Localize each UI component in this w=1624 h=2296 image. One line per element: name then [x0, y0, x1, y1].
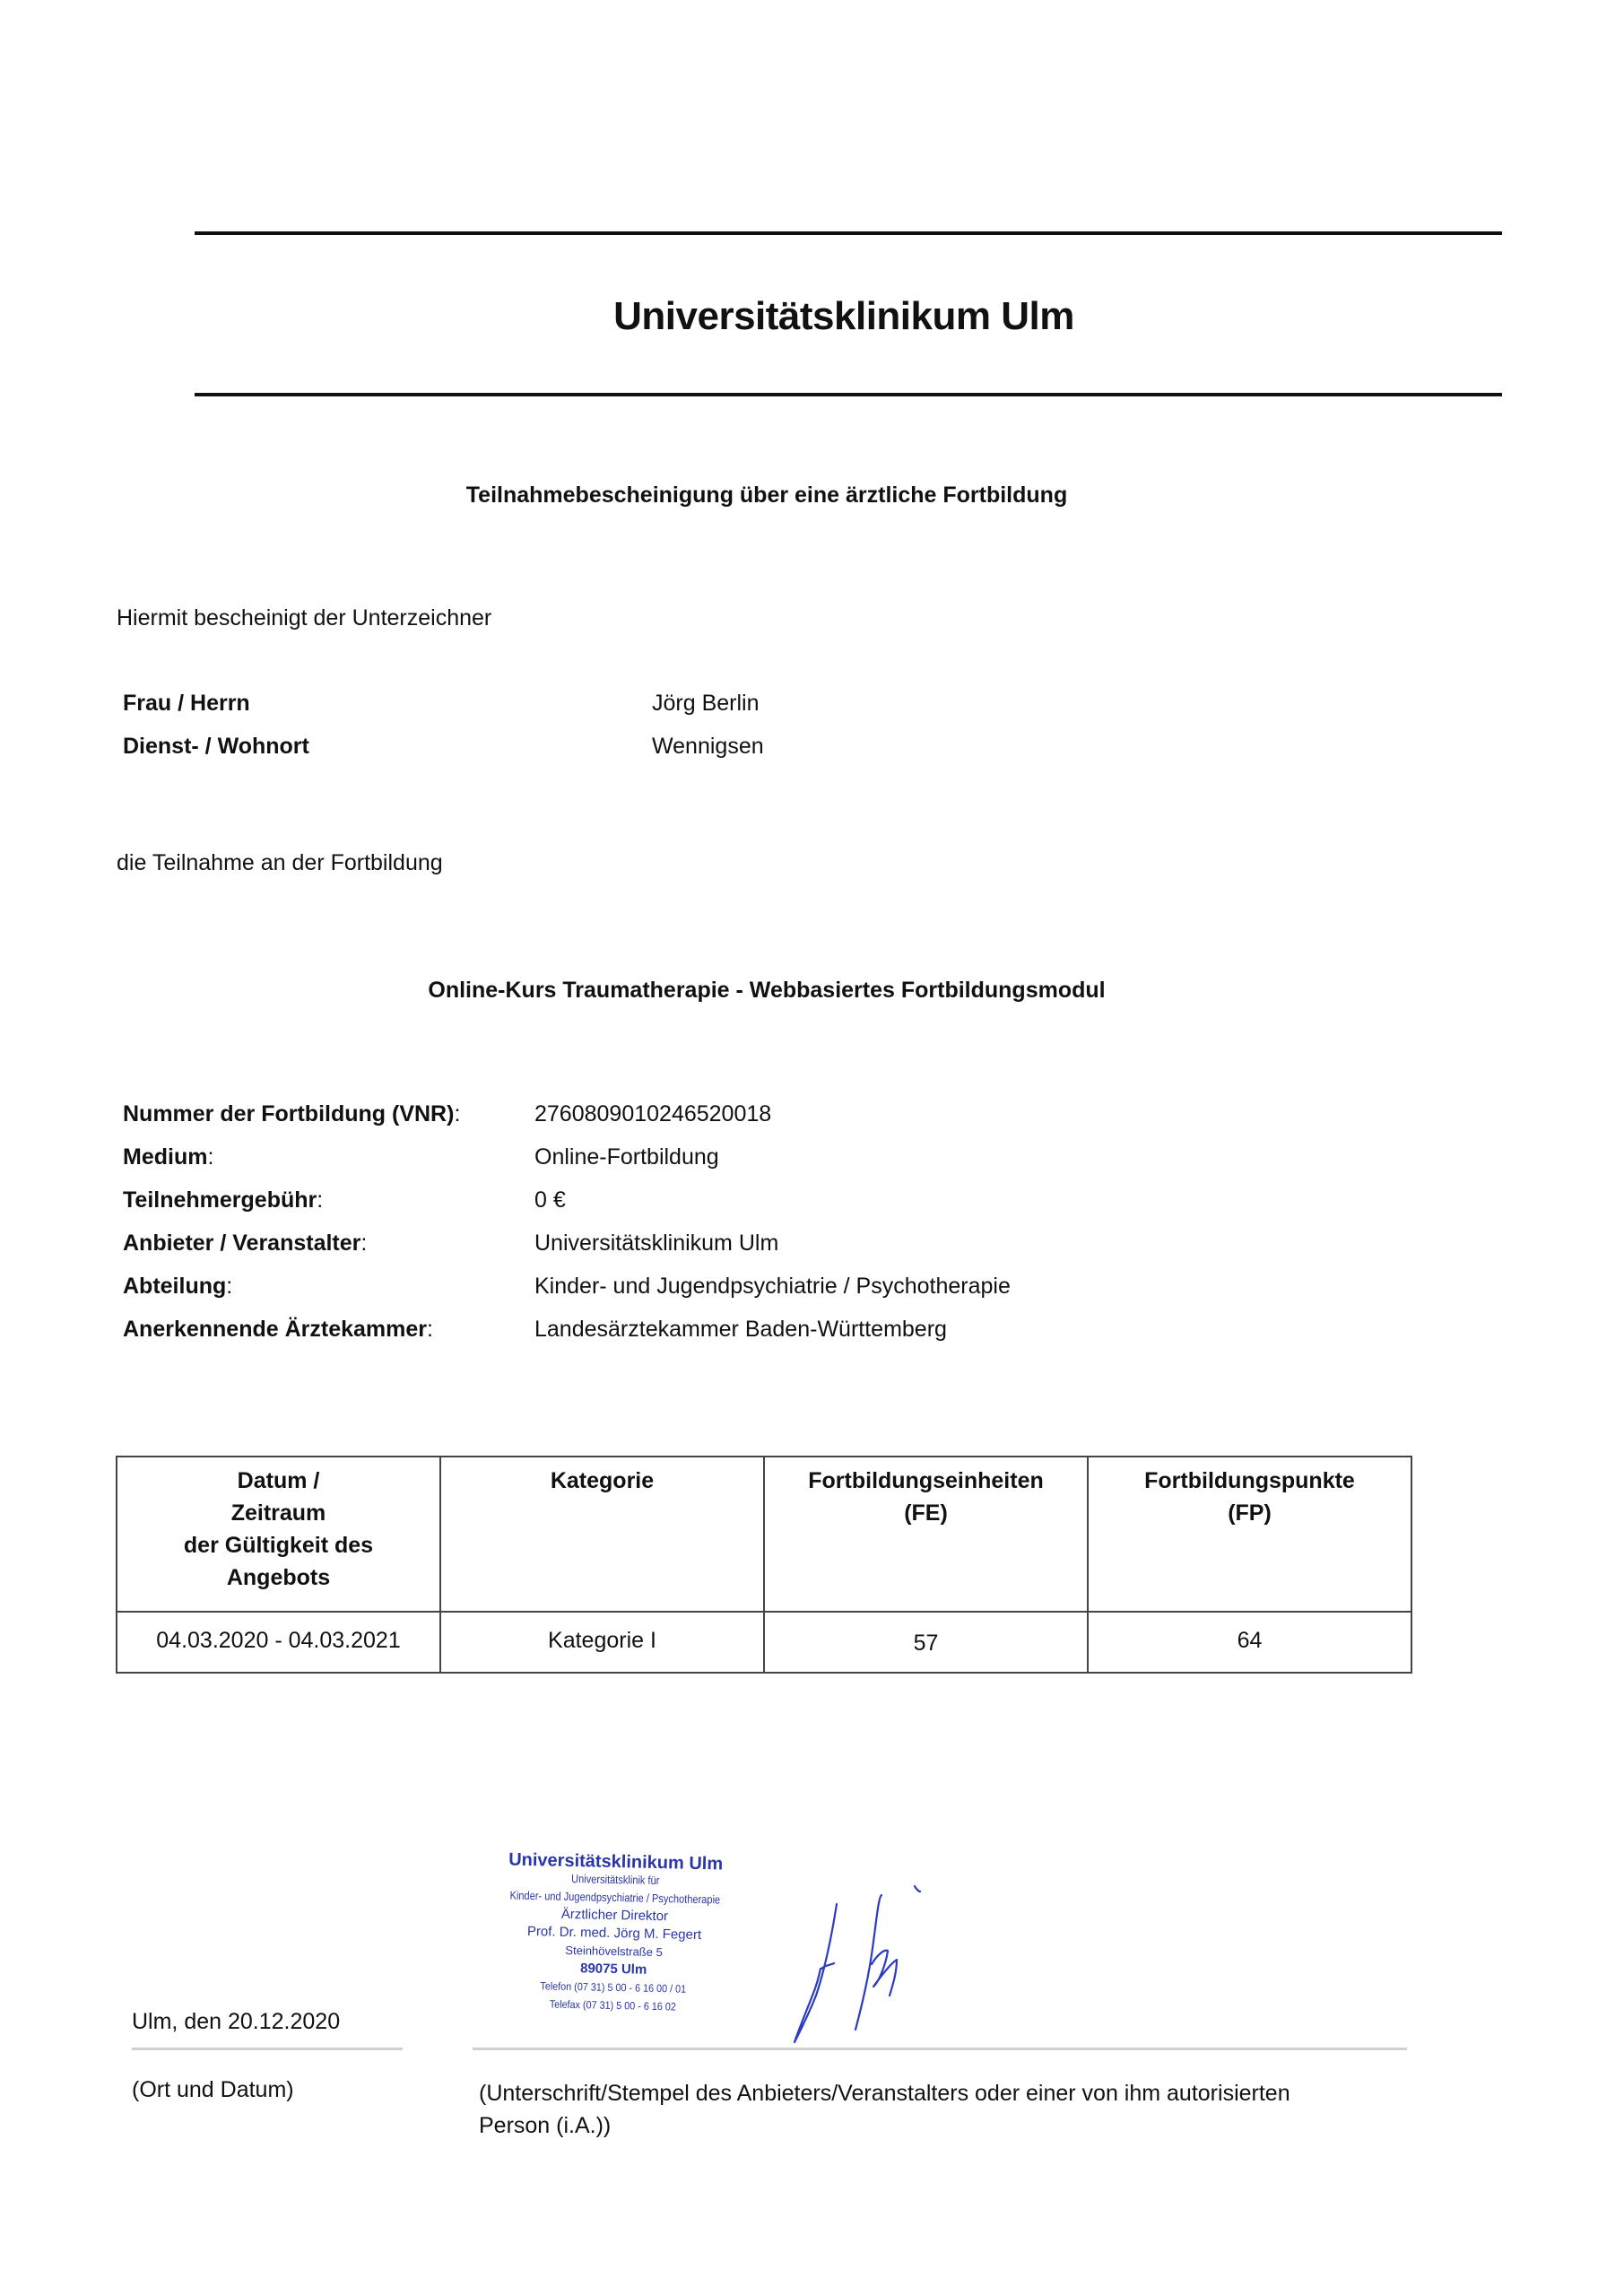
- location-label: Dienst- / Wohnort: [123, 734, 309, 760]
- signature-line: [473, 2048, 1407, 2050]
- detail-row: Medium:: [123, 1144, 213, 1170]
- handwritten-signature: [780, 1879, 933, 2045]
- detail-label: Nummer der Fortbildung (VNR): [123, 1101, 454, 1126]
- top-rule: [195, 231, 1502, 235]
- detail-row: Abteilung:: [123, 1274, 232, 1300]
- detail-row: Nummer der Fortbildung (VNR):: [123, 1101, 460, 1127]
- detail-label: Anbieter / Veranstalter: [123, 1231, 360, 1256]
- place-date-caption: (Ort und Datum): [132, 2077, 294, 2103]
- cell-category: Kategorie I: [440, 1612, 764, 1673]
- detail-label: Abteilung: [123, 1274, 226, 1299]
- chamber-value: Landesärztekammer Baden-Württemberg: [534, 1317, 947, 1343]
- signature-caption: (Unterschrift/Stempel des Anbieters/Vera…: [479, 2077, 1290, 2142]
- name-label: Frau / Herrn: [123, 691, 250, 717]
- cell-date-range: 04.03.2020 - 04.03.2021: [117, 1612, 440, 1673]
- participation-text: die Teilnahme an der Fortbildung: [117, 850, 443, 876]
- place-date: Ulm, den 20.12.2020: [132, 2009, 340, 2035]
- table-header-row: Datum / Zeitraum der Gültigkeit des Ange…: [117, 1457, 1411, 1612]
- header-fe: Fortbildungseinheiten (FE): [764, 1457, 1088, 1612]
- department-value: Kinder- und Jugendpsychiatrie / Psychoth…: [534, 1274, 1011, 1300]
- bottom-rule: [195, 393, 1502, 396]
- name-value: Jörg Berlin: [652, 691, 760, 717]
- cell-fp: 64: [1088, 1612, 1411, 1673]
- provider-value: Universitätsklinikum Ulm: [534, 1231, 778, 1257]
- provider-stamp: Universitätsklinikum Ulm Universitätskli…: [478, 1850, 751, 2017]
- header-category: Kategorie: [440, 1457, 764, 1612]
- document-title: Teilnahmebescheinigung über eine ärztlic…: [0, 483, 1533, 509]
- header-fp: Fortbildungspunkte (FP): [1088, 1457, 1411, 1612]
- detail-row: Anerkennende Ärztekammer:: [123, 1317, 433, 1343]
- certifies-text: Hiermit bescheinigt der Unterzeichner: [117, 605, 491, 631]
- table-row: 04.03.2020 - 04.03.2021 Kategorie I 57 6…: [117, 1612, 1411, 1673]
- institution-heading: Universitätsklinikum Ulm: [0, 294, 1624, 339]
- detail-label: Anerkennende Ärztekammer: [123, 1317, 427, 1342]
- location-value: Wennigsen: [652, 734, 764, 760]
- place-date-line: [132, 2048, 403, 2050]
- detail-label: Teilnehmergebühr: [123, 1187, 317, 1213]
- detail-row: Anbieter / Veranstalter:: [123, 1231, 367, 1257]
- fee-value: 0 €: [534, 1187, 566, 1213]
- header-date: Datum / Zeitraum der Gültigkeit des Ange…: [117, 1457, 440, 1612]
- vnr-value: 2760809010246520018: [534, 1101, 771, 1127]
- medium-value: Online-Fortbildung: [534, 1144, 719, 1170]
- detail-label: Medium: [123, 1144, 207, 1170]
- detail-row: Teilnehmergebühr:: [123, 1187, 323, 1213]
- course-title: Online-Kurs Traumatherapie - Webbasierte…: [0, 978, 1533, 1004]
- credits-table: Datum / Zeitraum der Gültigkeit des Ange…: [116, 1456, 1412, 1674]
- cell-fe: 57: [764, 1612, 1088, 1673]
